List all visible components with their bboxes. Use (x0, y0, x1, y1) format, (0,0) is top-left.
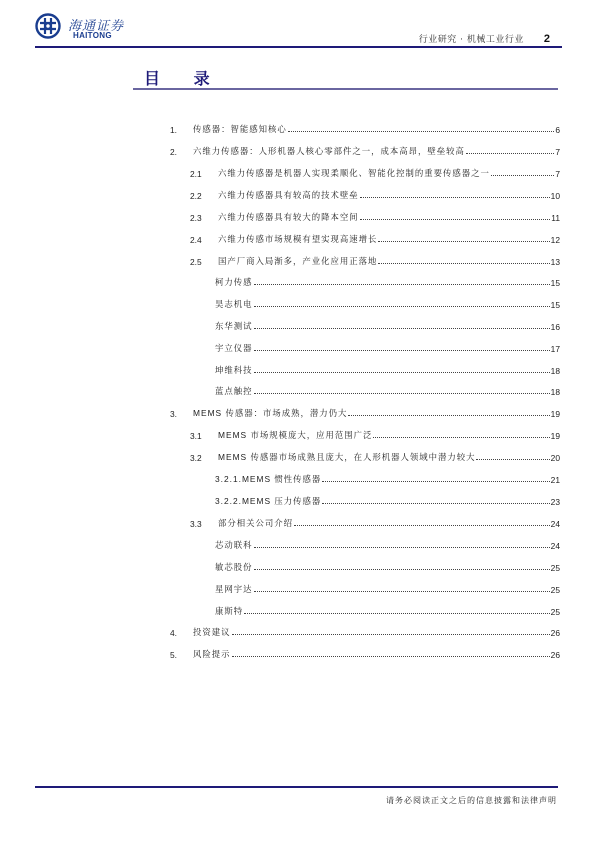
toc-entry[interactable]: 3.MEMS 传感器：市场成熟，潜力仍大19 (170, 405, 560, 419)
toc-entry[interactable]: 3.2.1.MEMS 惯性传感器21 (170, 471, 560, 485)
toc-entry-title: 康斯特 (215, 605, 243, 617)
toc-entry-number: 2.3 (190, 213, 218, 223)
toc-entry-page: 23 (551, 497, 560, 507)
toc-entry[interactable]: 东华测试16 (170, 318, 560, 332)
toc-entry-number: 2.4 (190, 235, 218, 245)
toc-entry[interactable]: 2.4六维力传感市场规模有望实现高速增长12 (170, 231, 560, 245)
toc-entry-title: 六维力传感器具有较大的降本空间 (218, 211, 359, 223)
toc-dot-leader (232, 655, 550, 657)
toc-entry-page: 24 (551, 541, 560, 551)
toc-entry[interactable]: 柯力传感15 (170, 274, 560, 288)
toc-entry[interactable]: 2.六维力传感器：人形机器人核心零部件之一，成本高昂，壁垒较高7 (170, 143, 560, 157)
toc-entry-number: 2.5 (190, 257, 218, 267)
toc-dot-leader (348, 414, 549, 416)
toc-entry[interactable]: 星网宇达25 (170, 581, 560, 595)
toc-entry-page: 25 (551, 585, 560, 595)
toc-entry-title: 芯动联科 (215, 539, 253, 551)
toc-dot-leader (378, 262, 549, 264)
toc-entry-title: 3.2.2.MEMS 压力传感器 (215, 495, 321, 507)
toc-entry-page: 11 (551, 213, 560, 223)
toc-entry-number: 1. (170, 125, 193, 135)
toc-entry-page: 15 (551, 278, 560, 288)
toc-entry-page: 21 (551, 475, 560, 485)
toc-entry-page: 16 (551, 322, 560, 332)
toc-entry-page: 15 (551, 300, 560, 310)
toc-entry-number: 5. (170, 650, 193, 660)
toc-entry[interactable]: 2.2六维力传感器具有较高的技术壁垒10 (170, 187, 560, 201)
toc-entry-title: MEMS 传感器：市场成熟，潜力仍大 (193, 407, 347, 419)
toc-entry[interactable]: 2.1六维力传感器是机器人实现柔顺化、智能化控制的重要传感器之一7 (170, 165, 560, 179)
toc-entry-title: MEMS 传感器市场成熟且庞大，在人形机器人领域中潜力较大 (218, 451, 475, 463)
toc-entry-title: 宇立仪器 (215, 342, 253, 354)
toc-dot-leader (360, 218, 551, 220)
toc-entry[interactable]: 3.2.2.MEMS 压力传感器23 (170, 493, 560, 507)
toc-entry[interactable]: 3.1MEMS 市场规模庞大，应用范围广泛19 (170, 427, 560, 441)
toc-dot-leader (322, 480, 549, 482)
header-divider (35, 46, 562, 48)
toc-entry-title: 传感器：智能感知核心 (193, 123, 287, 135)
toc-entry-page: 7 (555, 147, 560, 157)
toc-entry-number: 3.1 (190, 431, 218, 441)
toc-entry-title: 部分相关公司介绍 (218, 517, 293, 529)
logo-english-name: HAITONG (73, 31, 112, 40)
toc-entry[interactable]: 5.风险提示26 (170, 646, 560, 660)
toc-entry-page: 12 (551, 235, 560, 245)
toc-entry-page: 19 (551, 431, 560, 441)
toc-entry-title: 东华测试 (215, 320, 253, 332)
toc-entry-page: 26 (551, 650, 560, 660)
toc-title: 目 录 (144, 66, 224, 89)
toc-dot-leader (254, 349, 550, 351)
toc-title-underline (133, 88, 558, 90)
toc-dot-leader (254, 392, 550, 394)
toc-dot-leader (254, 546, 550, 548)
toc-entry-title: MEMS 市场规模庞大，应用范围广泛 (218, 429, 372, 441)
toc-entry[interactable]: 1.传感器：智能感知核心6 (170, 121, 560, 135)
toc-dot-leader (373, 436, 549, 438)
toc-dot-leader (232, 633, 550, 635)
toc-entry-title: 星网宇达 (215, 583, 253, 595)
toc-entry[interactable]: 昊志机电15 (170, 296, 560, 310)
toc-dot-leader (288, 130, 555, 132)
toc-entry-title: 敏芯股份 (215, 561, 253, 573)
toc-entry-title: 投资建议 (193, 626, 231, 638)
toc-dot-leader (476, 458, 549, 460)
toc-entry-number: 2.1 (190, 169, 218, 179)
toc-entry-title: 六维力传感器是机器人实现柔顺化、智能化控制的重要传感器之一 (218, 167, 490, 179)
toc-entry-page: 17 (551, 344, 560, 354)
toc-entry[interactable]: 蓝点触控18 (170, 383, 560, 397)
toc-entry-page: 7 (555, 169, 560, 179)
toc-entry[interactable]: 2.3六维力传感器具有较大的降本空间11 (170, 209, 560, 223)
toc-dot-leader (254, 305, 550, 307)
toc-dot-leader (254, 568, 550, 570)
toc-entry-page: 6 (555, 125, 560, 135)
toc-entry-title: 六维力传感器具有较高的技术壁垒 (218, 189, 359, 201)
toc-entry[interactable]: 3.2MEMS 传感器市场成熟且庞大，在人形机器人领域中潜力较大20 (170, 449, 560, 463)
toc-dot-leader (254, 283, 550, 285)
toc-entry-page: 18 (551, 387, 560, 397)
toc-entry-page: 19 (551, 409, 560, 419)
toc-entry[interactable]: 康斯特25 (170, 603, 560, 617)
toc-entry-number: 3.3 (190, 519, 218, 529)
toc-entry[interactable]: 2.5国产厂商入局渐多，产业化应用正落地13 (170, 253, 560, 267)
toc-dot-leader (322, 502, 549, 504)
page-number: 2 (544, 33, 550, 45)
toc-dot-leader (254, 371, 550, 373)
haitong-logo-icon (35, 13, 61, 39)
toc-entry-title: 风险提示 (193, 648, 231, 660)
toc-dot-leader (378, 240, 549, 242)
toc-entry[interactable]: 坤维科技18 (170, 362, 560, 376)
toc-entry-title: 六维力传感市场规模有望实现高速增长 (218, 233, 377, 245)
toc-entry-page: 18 (551, 366, 560, 376)
page-header-info: 行业研究 · 机械工业行业 2 (419, 32, 550, 45)
toc-dot-leader (244, 612, 550, 614)
toc-entry-title: 柯力传感 (215, 276, 253, 288)
toc-dot-leader (294, 524, 550, 526)
toc-entry-page: 26 (551, 628, 560, 638)
toc-entry-page: 25 (551, 607, 560, 617)
toc-entry-number: 4. (170, 628, 193, 638)
footer-disclaimer: 请务必阅读正文之后的信息披露和法律声明 (386, 795, 557, 806)
toc-entry-page: 20 (551, 453, 560, 463)
toc-entry-number: 2. (170, 147, 193, 157)
haitong-logo: 海通证券 HAITONG (35, 13, 145, 45)
toc-entry-page: 13 (551, 257, 560, 267)
report-category: 行业研究 · 机械工业行业 (419, 32, 524, 45)
toc-entry-title: 国产厂商入局渐多，产业化应用正落地 (218, 255, 377, 267)
toc-entry-page: 24 (551, 519, 560, 529)
toc-entry-title: 3.2.1.MEMS 惯性传感器 (215, 473, 321, 485)
toc-entry-title: 六维力传感器：人形机器人核心零部件之一，成本高昂，壁垒较高 (193, 145, 465, 157)
toc-entry[interactable]: 芯动联科24 (170, 537, 560, 551)
toc-entry-title: 蓝点触控 (215, 385, 253, 397)
toc-entry-page: 25 (551, 563, 560, 573)
toc-entry[interactable]: 4.投资建议26 (170, 624, 560, 638)
toc-entry[interactable]: 宇立仪器17 (170, 340, 560, 354)
toc-entry-title: 坤维科技 (215, 364, 253, 376)
footer-divider (35, 786, 558, 788)
toc-dot-leader (254, 590, 550, 592)
toc-dot-leader (254, 327, 550, 329)
toc-entry-number: 3.2 (190, 453, 218, 463)
toc-dot-leader (466, 152, 554, 154)
toc-entry-number: 2.2 (190, 191, 218, 201)
toc-entry[interactable]: 敏芯股份25 (170, 559, 560, 573)
toc-dot-leader (360, 196, 550, 198)
toc-entry-page: 10 (551, 191, 560, 201)
toc-entry[interactable]: 3.3部分相关公司介绍24 (170, 515, 560, 529)
toc-entry-number: 3. (170, 409, 193, 419)
toc-dot-leader (491, 174, 554, 176)
toc-entry-title: 昊志机电 (215, 298, 253, 310)
